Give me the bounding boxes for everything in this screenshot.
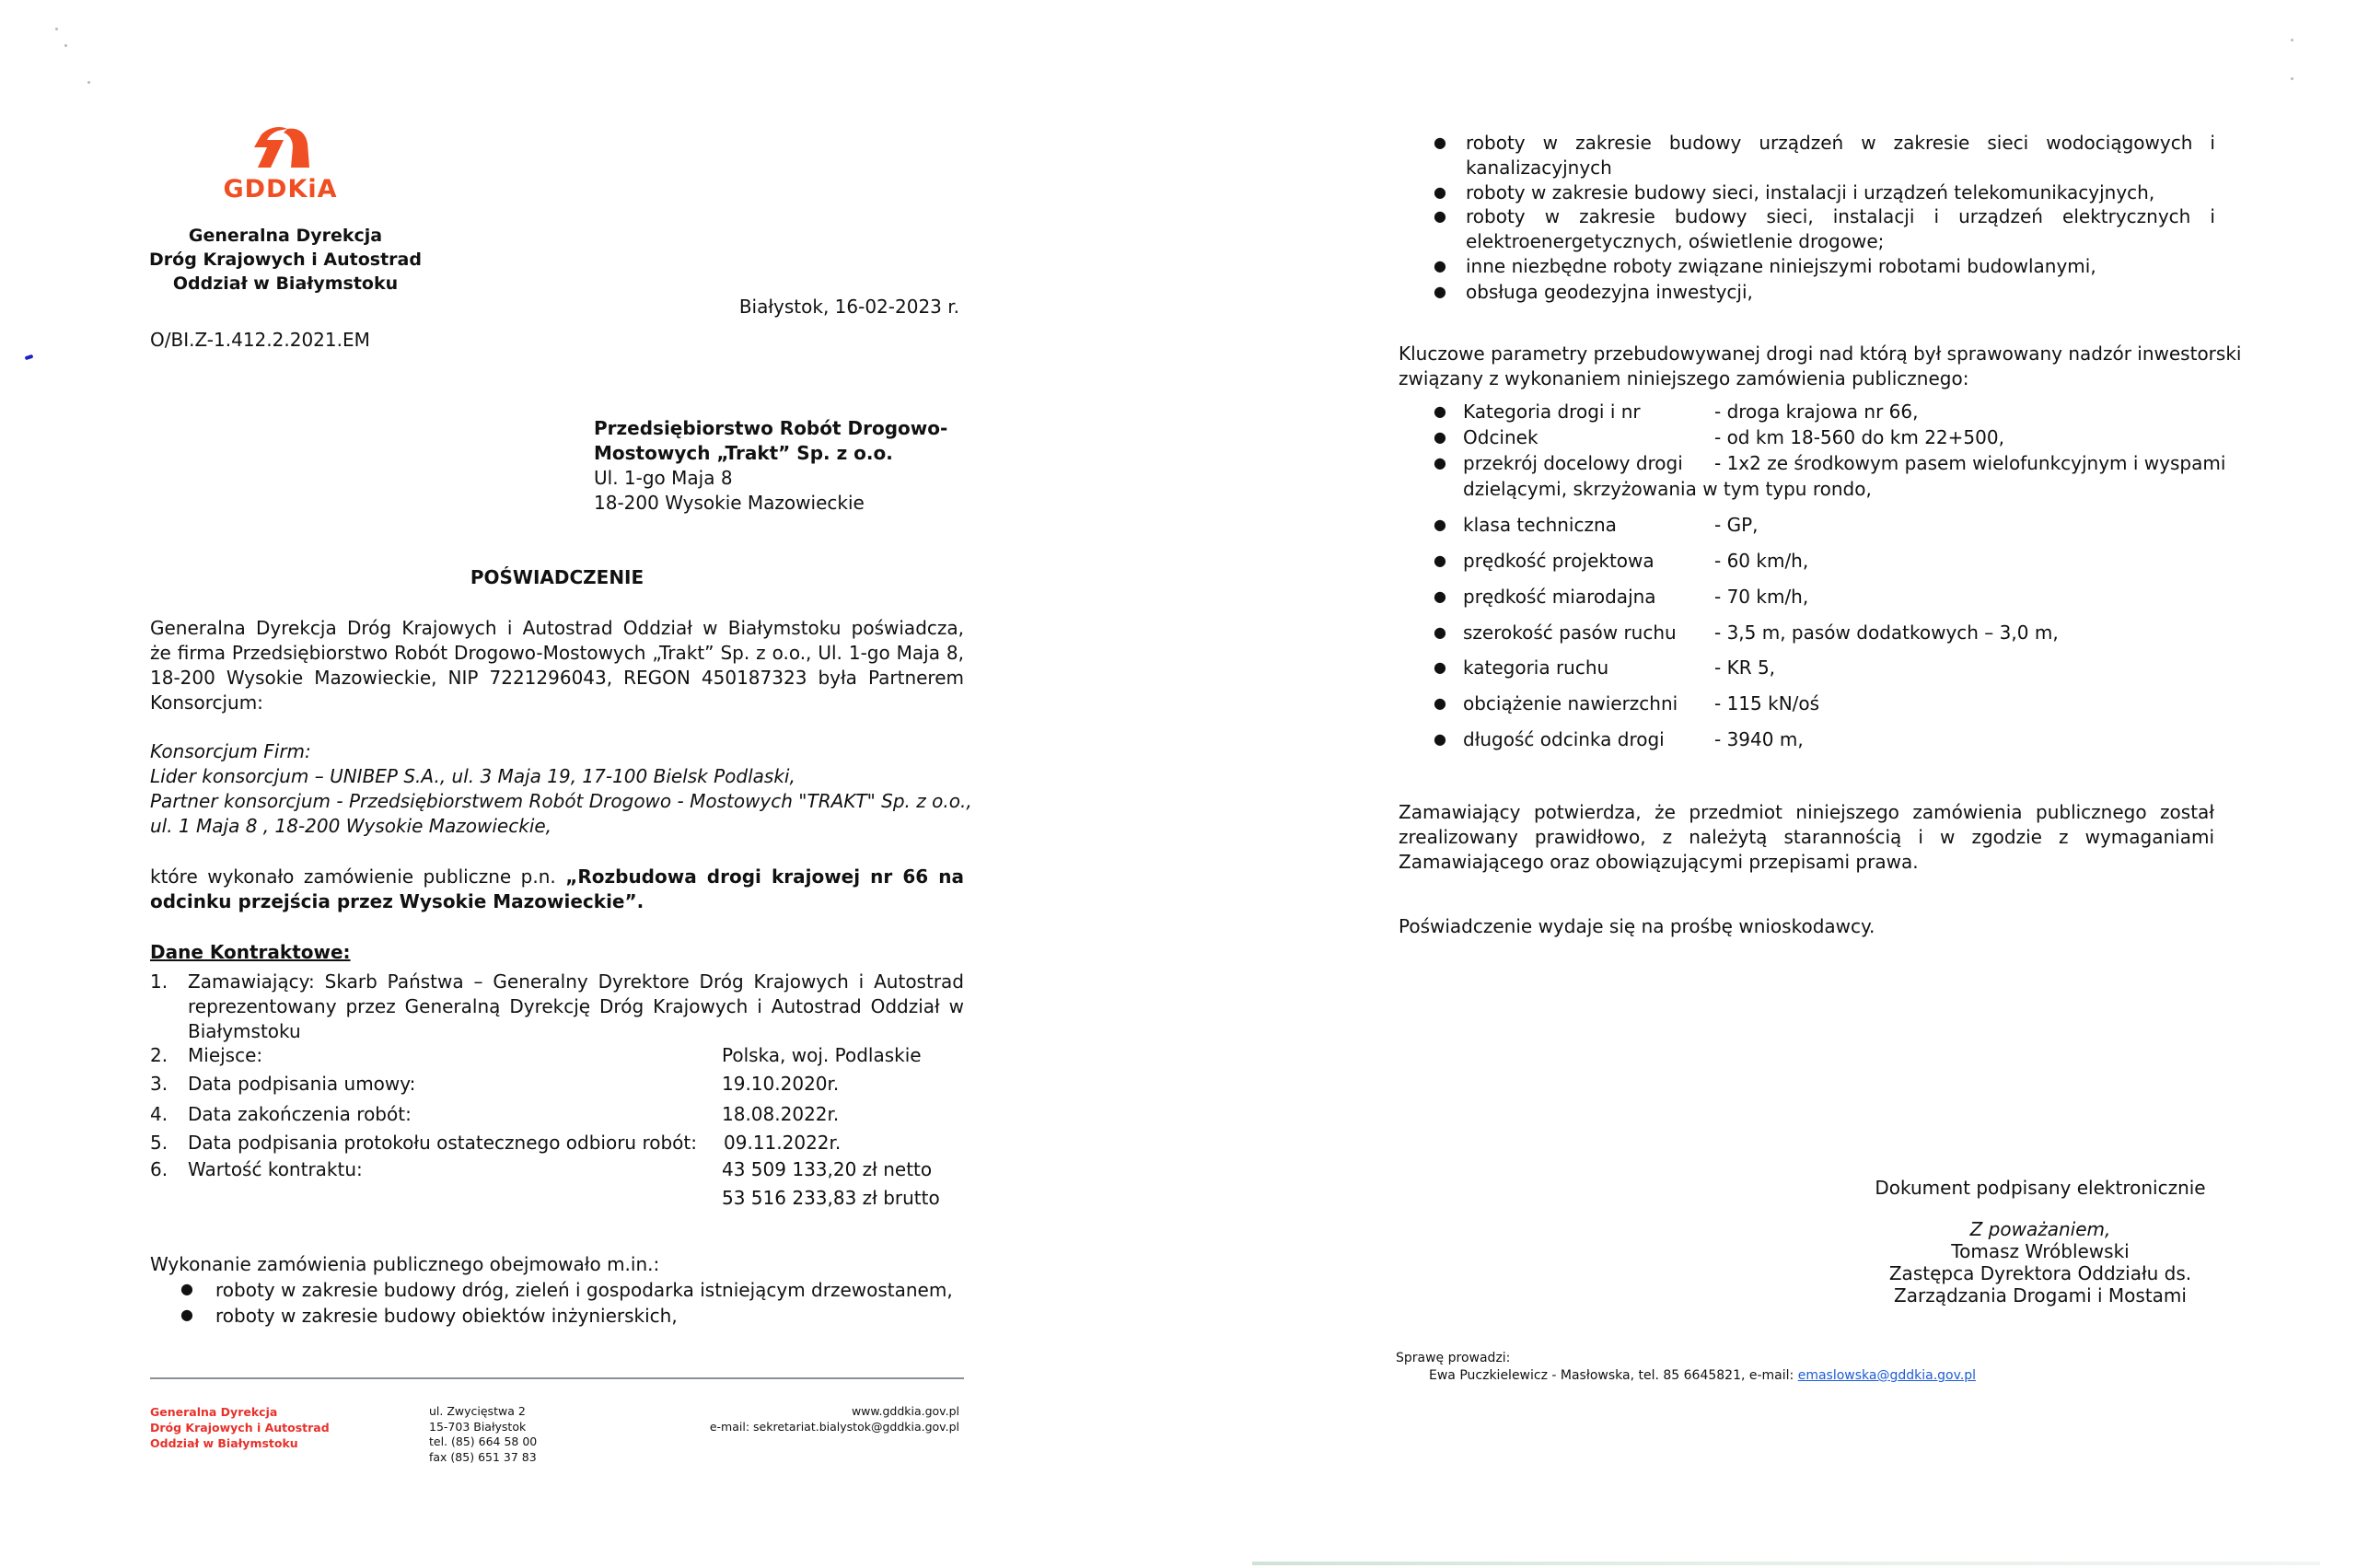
contract-heading: Dane Kontraktowe:	[150, 940, 351, 965]
param-label: prędkość miarodajna	[1463, 585, 1656, 610]
item-number: 6.	[150, 1157, 168, 1182]
item-value: 18.08.2022r.	[722, 1102, 839, 1127]
item-number: 2.	[150, 1043, 168, 1068]
param-value: - 70 km/h,	[1714, 585, 1808, 610]
scope-item: inne niezbędne roboty związane niniejszy…	[1466, 254, 2096, 279]
scan-speck	[87, 81, 90, 84]
scan-speck	[2291, 77, 2293, 80]
bullet-icon: ●	[1434, 428, 1446, 446]
org-header-line: Generalna Dyrekcja	[129, 224, 442, 248]
bullet-icon: ●	[1434, 402, 1446, 420]
scope-item: roboty w zakresie budowy obiektów inżyni…	[215, 1304, 678, 1329]
bullet-icon: ●	[1434, 257, 1446, 274]
param-value-continuation: dzielącymi, skrzyżowania w tym typu rond…	[1463, 477, 1872, 502]
scope-line: roboty w zakresie budowy urządzeń w zakr…	[1466, 131, 2215, 156]
param-value: - 3,5 m, pasów dodatkowych – 3,0 m,	[1714, 621, 2059, 645]
scan-speck	[64, 44, 67, 47]
params-intro-line: związany z wykonaniem niniejszego zamówi…	[1399, 366, 2214, 391]
params-intro: Kluczowe parametry przebudowywanej drogi…	[1399, 342, 2214, 391]
scope-line: roboty w zakresie budowy sieci, instalac…	[1466, 204, 2215, 229]
footer-address-line: 15-703 Białystok	[429, 1420, 537, 1435]
footer-org-line: Dróg Krajowych i Autostrad	[150, 1420, 330, 1435]
item-label: Data zakończenia robót:	[188, 1102, 412, 1127]
bullet-icon: ●	[1434, 516, 1446, 533]
footer-org-line: Oddział w Białymstoku	[150, 1435, 330, 1451]
param-label: obciążenie nawierzchni	[1463, 691, 1678, 716]
intro-paragraph: Generalna Dyrekcja Dróg Krajowych i Auto…	[150, 616, 964, 715]
scope-item: roboty w zakresie budowy sieci, instalac…	[1466, 180, 2154, 205]
param-label: długość odcinka drogi	[1463, 727, 1665, 752]
document-title: POŚWIADCZENIE	[150, 565, 964, 590]
param-label: przekrój docelowy drogi	[1463, 451, 1683, 476]
footer-address-line: tel. (85) 664 58 00	[429, 1434, 537, 1450]
signature-block: Z poważaniem, Tomasz Wróblewski Zastępca…	[1856, 1218, 2224, 1307]
signatory-name: Tomasz Wróblewski	[1856, 1240, 2224, 1262]
bullet-icon: ●	[1434, 283, 1446, 300]
item-label: Miejsce:	[188, 1043, 262, 1068]
param-value: - GP,	[1714, 513, 1759, 538]
footer-divider	[150, 1377, 964, 1379]
params-intro-line: Kluczowe parametry przebudowywanej drogi…	[1399, 342, 2214, 366]
consortium-line: Partner konsorcjum - Przedsiębiorstwem R…	[150, 789, 964, 814]
param-label: szerokość pasów ruchu	[1463, 621, 1677, 645]
bullet-icon: ●	[1434, 587, 1446, 605]
bullet-icon: ●	[180, 1280, 193, 1297]
scan-speck	[55, 28, 58, 30]
item-number: 3.	[150, 1072, 168, 1097]
date-line: Białystok, 16-02-2023 r.	[586, 295, 959, 319]
item-value-gross: 53 516 233,83 zł brutto	[722, 1186, 940, 1211]
addressee-block: Przedsiębiorstwo Robót Drogowo- Mostowyc…	[594, 416, 947, 516]
item-value-net: 43 509 133,20 zł netto	[722, 1157, 932, 1182]
scope-line: elektroenergetycznych, oświetlenie drogo…	[1466, 229, 2215, 254]
scan-speck	[2291, 39, 2293, 41]
order-line: które wykonało zamówienie publiczne p.n.…	[150, 865, 964, 889]
confirmation-line: Zamawiającego oraz obowiązującymi przepi…	[1399, 850, 2214, 875]
handled-by-block: Sprawę prowadzi: Ewa Puczkielewicz - Mas…	[1396, 1350, 1976, 1385]
org-header-line: Dróg Krajowych i Autostrad	[129, 248, 442, 272]
addressee-street: Ul. 1-go Maja 8	[594, 466, 947, 491]
item-number: 1.	[150, 970, 168, 994]
e-signed-note: Dokument podpisany elektronicznie	[1856, 1176, 2224, 1201]
bullet-icon: ●	[180, 1306, 193, 1323]
footer-org: Generalna Dyrekcja Dróg Krajowych i Auto…	[150, 1404, 330, 1451]
consortium-line: Lider konsorcjum – UNIBEP S.A., ul. 3 Ma…	[150, 764, 964, 789]
bullet-icon: ●	[1434, 183, 1446, 201]
consortium-block: Konsorcjum Firm: Lider konsorcjum – UNIB…	[150, 739, 964, 839]
paragraph-line: 18-200 Wysokie Mazowieckie, NIP 72212960…	[150, 666, 964, 691]
item-label: Data podpisania umowy:	[188, 1072, 415, 1097]
consortium-line: Konsorcjum Firm:	[150, 739, 964, 764]
item-label: Wartość kontraktu:	[188, 1157, 363, 1182]
issuer-org-header: Generalna Dyrekcja Dróg Krajowych i Auto…	[129, 224, 442, 296]
bullet-icon: ●	[1434, 658, 1446, 676]
param-label: Kategoria drogi i nr	[1463, 400, 1641, 424]
issued-note: Poświadczenie wydaje się na prośbę wnios…	[1399, 914, 1875, 939]
confirmation-paragraph: Zamawiający potwierdza, że przedmiot nin…	[1399, 800, 2214, 875]
scan-edge	[1252, 1562, 2320, 1565]
order-title-cont: odcinku przejścia przez Wysokie Mazowiec…	[150, 889, 964, 914]
handler-email-link[interactable]: emaslowska@gddkia.gov.pl	[1798, 1368, 1976, 1383]
order-title: „Rozbudowa drogi krajowej nr 66 na	[565, 865, 964, 888]
param-label: kategoria ruchu	[1463, 656, 1608, 680]
param-value: - 1x2 ze środkowym pasem wielofunkcyjnym…	[1714, 451, 2225, 476]
param-value: - od km 18-560 do km 22+500,	[1714, 425, 2004, 450]
item-number: 5.	[150, 1131, 168, 1156]
item-value: 09.11.2022r.	[724, 1131, 841, 1156]
org-header-line: Oddział w Białymstoku	[129, 272, 442, 296]
item-label: Zamawiający: Skarb Państwa – Generalny D…	[188, 970, 964, 994]
param-value: - 3940 m,	[1714, 727, 1804, 752]
bullet-icon: ●	[1434, 694, 1446, 712]
signatory-title: Zastępca Dyrektora Oddziału ds.	[1856, 1262, 2224, 1284]
handler-contact: Ewa Puczkielewicz - Masłowska, tel. 85 6…	[1429, 1368, 1798, 1383]
confirmation-line: Zamawiający potwierdza, że przedmiot nin…	[1399, 800, 2214, 825]
order-prefix: które wykonało zamówienie publiczne p.n.	[150, 865, 565, 888]
param-value: - droga krajowa nr 66,	[1714, 400, 1918, 424]
bullet-icon: ●	[1434, 623, 1446, 641]
scope-item: roboty w zakresie budowy sieci, instalac…	[1466, 204, 2215, 254]
scope-line: kanalizacyjnych	[1466, 156, 2215, 180]
confirmation-line: zrealizowany prawidłowo, z należytą star…	[1399, 825, 2214, 850]
scope-intro: Wykonanie zamówienia publicznego obejmow…	[150, 1252, 659, 1277]
addressee-city: 18-200 Wysokie Mazowieckie	[594, 491, 947, 516]
scope-item: obsługa geodezyjna inwestycji,	[1466, 280, 1753, 305]
footer-contact: www.gddkia.gov.pl e-mail: sekretariat.bi…	[644, 1404, 959, 1434]
item-label: Białymstoku	[188, 1019, 964, 1044]
footer-address-line: fax (85) 651 37 83	[429, 1450, 537, 1466]
footer-address: ul. Zwycięstwa 2 15-703 Białystok tel. (…	[429, 1404, 537, 1465]
item-label: reprezentowany przez Generalną Dyrekcję …	[188, 994, 964, 1019]
bullet-icon: ●	[1434, 207, 1446, 225]
param-value: - 115 kN/oś	[1714, 691, 1819, 716]
item-number: 4.	[150, 1102, 168, 1127]
handled-by-details: Ewa Puczkielewicz - Masłowska, tel. 85 6…	[1396, 1367, 1976, 1385]
param-value: - 60 km/h,	[1714, 549, 1808, 574]
param-value: - KR 5,	[1714, 656, 1775, 680]
item-value: Polska, woj. Podlaskie	[722, 1043, 922, 1068]
footer-address-line: ul. Zwycięstwa 2	[429, 1404, 537, 1420]
addressee-name: Przedsiębiorstwo Robót Drogowo-	[594, 416, 947, 441]
param-label: klasa techniczna	[1463, 513, 1617, 538]
item-value: 19.10.2020r.	[722, 1072, 839, 1097]
footer-email: e-mail: sekretariat.bialystok@gddkia.gov…	[644, 1420, 959, 1435]
param-label: prędkość projektowa	[1463, 549, 1655, 574]
scope-item: roboty w zakresie budowy urządzeń w zakr…	[1466, 131, 2215, 180]
footer-website: www.gddkia.gov.pl	[644, 1404, 959, 1420]
addressee-name: Mostowych „Trakt” Sp. z o.o.	[594, 441, 947, 466]
bullet-icon: ●	[1434, 134, 1446, 151]
footer-org-line: Generalna Dyrekcja	[150, 1404, 330, 1420]
item-label: Data podpisania protokołu ostatecznego o…	[188, 1131, 697, 1156]
signature-closing: Z poważaniem,	[1856, 1218, 2224, 1240]
bullet-icon: ●	[1434, 552, 1446, 569]
pen-mark	[25, 354, 34, 361]
bullet-icon: ●	[1434, 730, 1446, 748]
paragraph-line: Konsorcjum:	[150, 691, 964, 715]
logo-wordmark: GDDKiA	[214, 175, 347, 203]
bullet-icon: ●	[1434, 454, 1446, 471]
consortium-line: ul. 1 Maja 8 , 18-200 Wysokie Mazowiecki…	[150, 814, 964, 839]
reference-number: O/BI.Z-1.412.2.2021.EM	[150, 328, 370, 353]
paragraph-line: że firma Przedsiębiorstwo Robót Drogowo-…	[150, 641, 964, 666]
handled-by-label: Sprawę prowadzi:	[1396, 1350, 1976, 1367]
order-paragraph: które wykonało zamówienie publiczne p.n.…	[150, 865, 964, 914]
signatory-title: Zarządzania Drogami i Mostami	[1856, 1284, 2224, 1307]
paragraph-line: Generalna Dyrekcja Dróg Krajowych i Auto…	[150, 616, 964, 641]
contract-item-orderer: Zamawiający: Skarb Państwa – Generalny D…	[188, 970, 964, 1044]
param-label: Odcinek	[1463, 425, 1538, 450]
scope-item: roboty w zakresie budowy dróg, zieleń i …	[215, 1278, 953, 1303]
